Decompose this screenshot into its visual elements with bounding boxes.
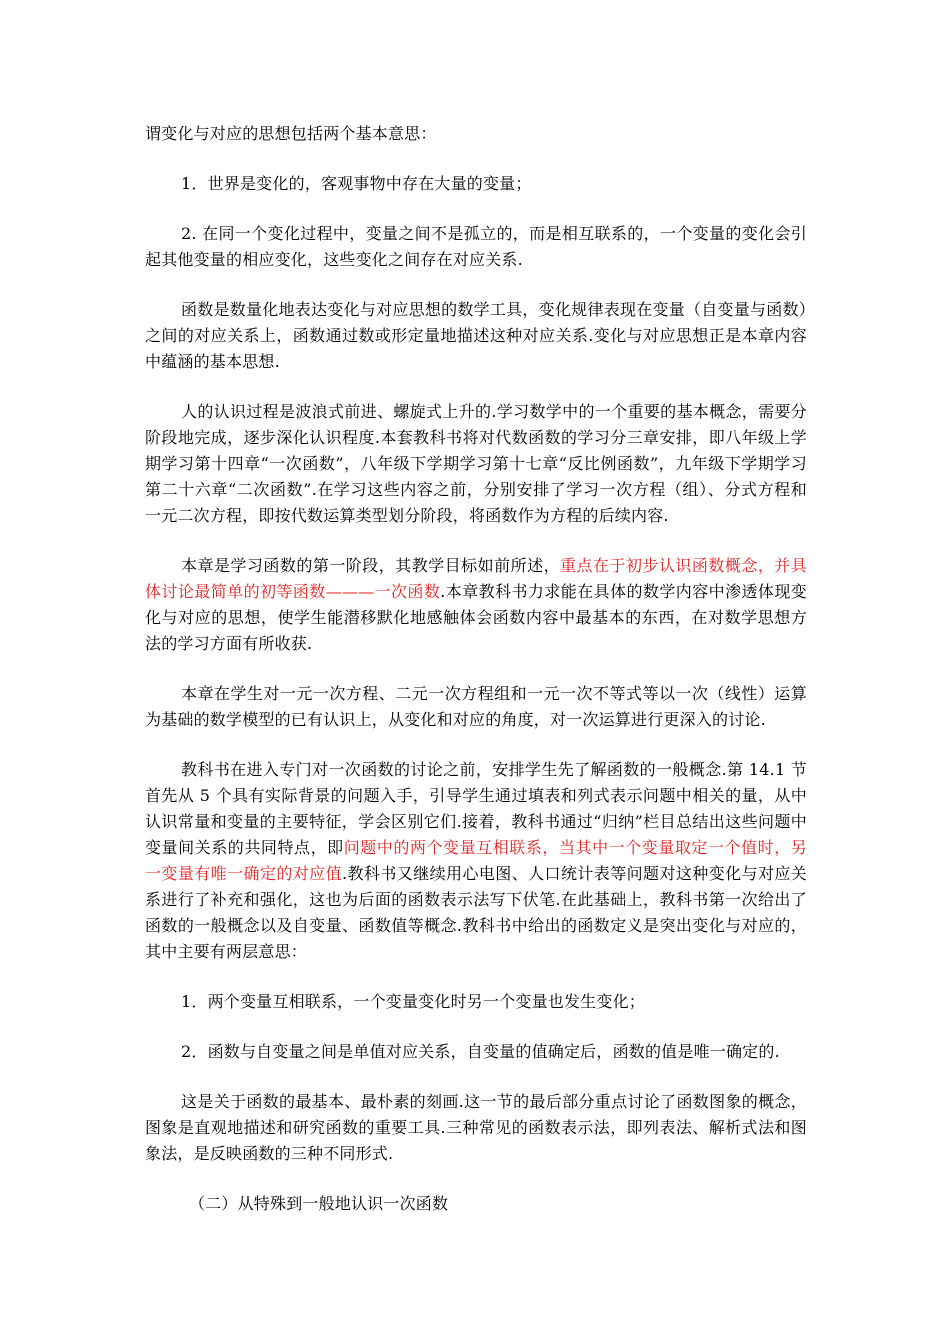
paragraph-chapter-goal: 本章是学习函数的第一阶段，其教学目标如前所述，重点在于初步认识函数概念，并具体讨… [145,553,807,657]
list-item-2: 2. 在同一个变化过程中，变量之间不是孤立的，而是相互联系的，一个变量的变化会引… [145,221,807,273]
paragraph-gap [145,657,807,681]
paragraph-gap [145,1015,807,1039]
list-item-1: 1．两个变量互相联系，一个变量变化时另一个变量也发生变化； [145,989,807,1015]
list-item-1: 1．世界是变化的，客观事物中存在大量的变量； [145,171,807,197]
paragraph-gap [145,733,807,757]
section-heading: （二）从特殊到一般地认识一次函数 [145,1191,807,1217]
paragraph-gap [145,1065,807,1089]
paragraph-gap [145,147,807,171]
paragraph-intro: 谓变化与对应的思想包括两个基本意思： [145,121,807,147]
paragraph-gap [145,273,807,297]
paragraph-gap [145,965,807,989]
paragraph-gap [145,197,807,221]
paragraph-cognition: 人的认识过程是波浪式前进、螺旋式上升的.学习数学中的一个重要的基本概念，需要分阶… [145,399,807,529]
paragraph-textbook-approach: 教科书在进入专门对一次函数的讨论之前，安排学生先了解函数的一般概念.第 14.1… [145,757,807,965]
paragraph-function-tool: 函数是数量化地表达变化与对应思想的数学工具，变化规律表现在变量（自变量与函数）之… [145,297,807,375]
paragraph-gap [145,529,807,553]
text-segment: 本章是学习函数的第一阶段，其教学目标如前所述， [181,556,560,575]
paragraph-function-graph: 这是关于函数的最基本、最朴素的刻画.这一节的最后部分重点讨论了函数图象的概念，图… [145,1089,807,1167]
list-item-2: 2．函数与自变量之间是单值对应关系，自变量的值确定后，函数的值是唯一确定的. [145,1039,807,1065]
paragraph-gap [145,375,807,399]
paragraph-gap [145,1167,807,1191]
document-page: 谓变化与对应的思想包括两个基本意思： 1．世界是变化的，客观事物中存在大量的变量… [145,121,807,1217]
paragraph-linear-basis: 本章在学生对一元一次方程、二元一次方程组和一元一次不等式等以一次（线性）运算为基… [145,681,807,733]
